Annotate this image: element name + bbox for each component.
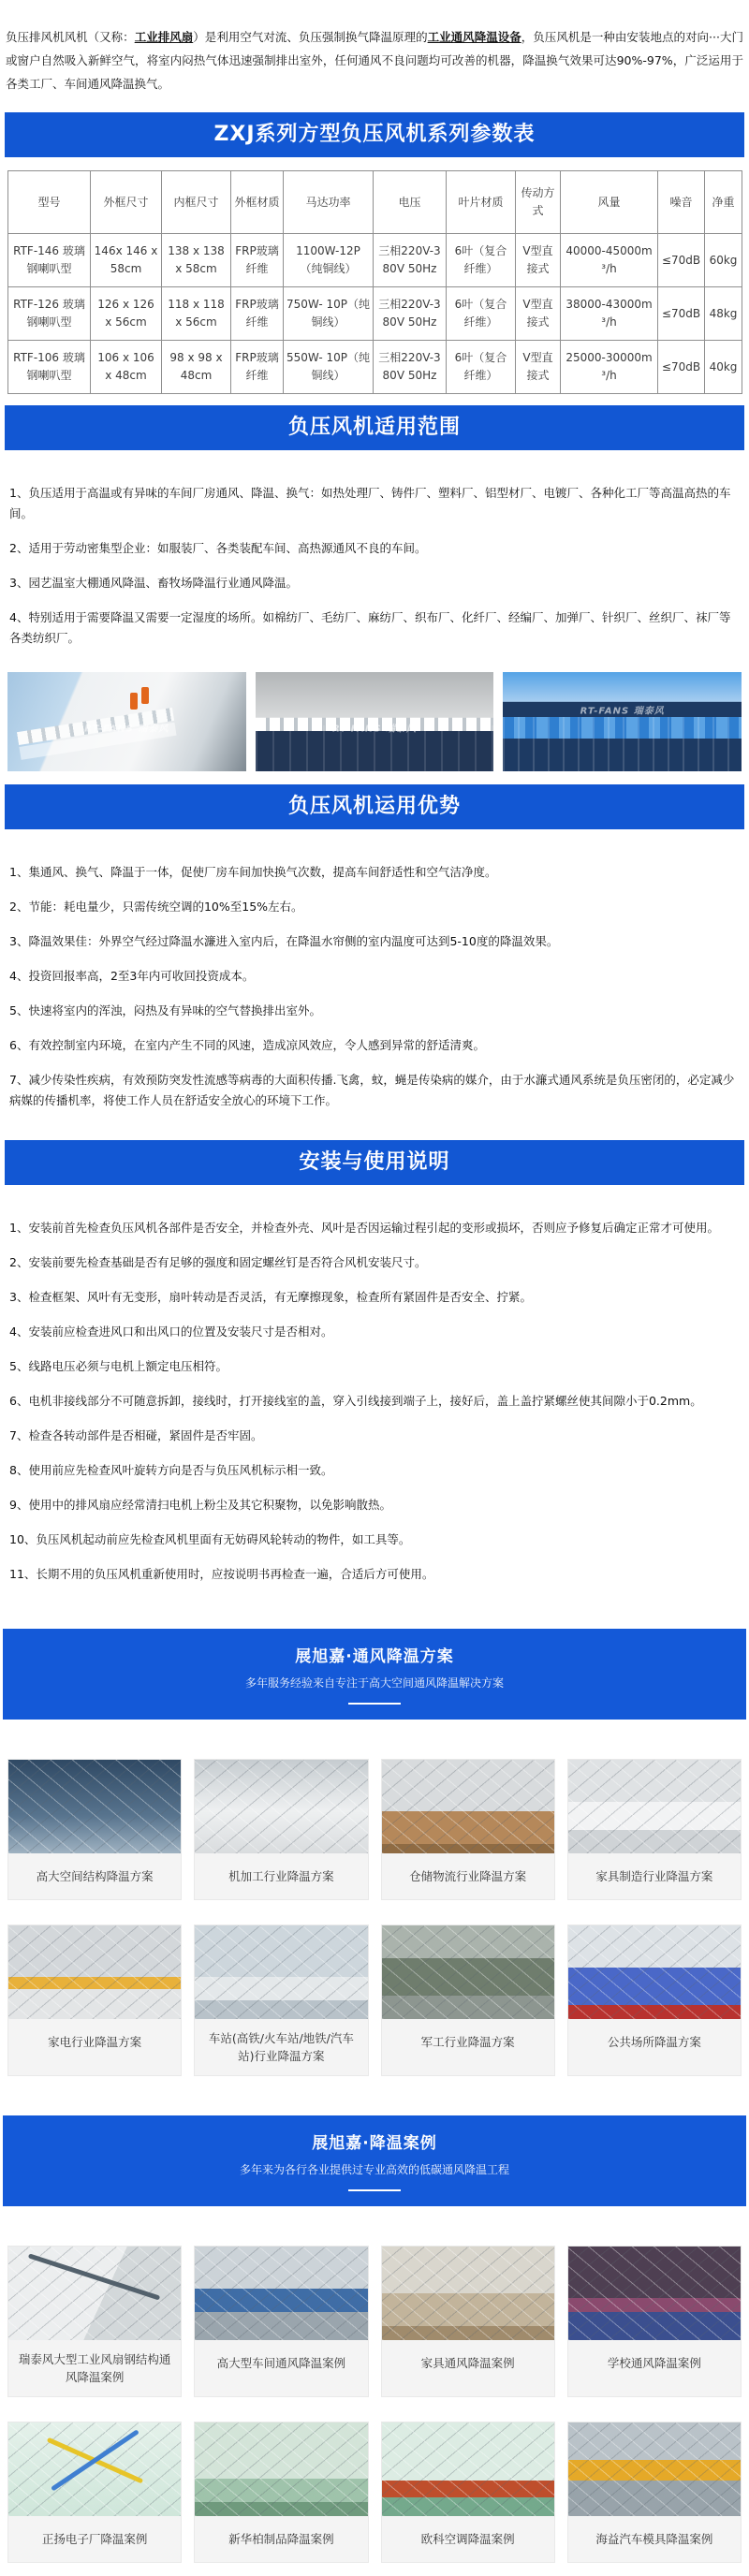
cell: 40kg [705, 341, 742, 394]
advantage-item: 6、有效控制室内环境，在室内产生不同的风速，造成凉风效应，令人感到异常的舒适清爽… [9, 1035, 740, 1056]
solution-photo-large-space [8, 1760, 181, 1853]
cell: 40000-45000m³/h [561, 234, 658, 287]
cell: 106 x 106 x 48cm [91, 341, 162, 394]
solutions-subtitle: 多年服务经验来自专注于高大空间通风降温解决方案 [3, 1675, 746, 1690]
solutions-grid: 高大空间结构降温方案 机加工行业降温方案 仓储物流行业降温方案 家具制造行业降温… [0, 1720, 749, 2089]
solution-caption: 高大空间结构降温方案 [8, 1853, 181, 1899]
col-header: 净重 [705, 171, 742, 234]
case-photo-haiyi-auto-mold [568, 2422, 741, 2516]
col-header: 风量 [561, 171, 658, 234]
divider-line [348, 1703, 401, 1705]
install-item: 5、线路电压必须与电机上额定电压相符。 [9, 1356, 740, 1377]
col-header: 外框材质 [231, 171, 284, 234]
wall-installation-photo: RT-FANS 瑞泰风 [7, 672, 246, 771]
watermark-text: RT-FANS 瑞泰风 [84, 721, 169, 735]
rooftop-cone-fans-photo: RT-FANS 瑞泰风 [256, 672, 494, 771]
cell: V型直接式 [516, 341, 561, 394]
solution-caption: 军工行业降温方案 [382, 2019, 554, 2065]
solution-caption: 仓储物流行业降温方案 [382, 1853, 554, 1899]
solution-card-large-space[interactable]: 高大空间结构降温方案 [7, 1759, 182, 1900]
params-table: 型号 外框尺寸 内框尺寸 外框材质 马达功率 电压 叶片材质 传动方式 风量 噪… [7, 170, 742, 394]
cell: 三相220V-380V 50Hz [374, 341, 447, 394]
col-header: 马达功率 [284, 171, 374, 234]
install-item: 7、检查各转动部件是否相碰，紧固件是否牢固。 [9, 1426, 740, 1446]
case-card-ouke-ac[interactable]: 欧科空调降温案例 [381, 2422, 555, 2563]
install-item: 4、安装前应检查进风口和出风口的位置及安装尺寸是否相对。 [9, 1322, 740, 1342]
install-item: 10、负压风机起动前应先检查风机里面有无妨碍风轮转动的物件，如工具等。 [9, 1529, 740, 1550]
cell: ≤70dB [658, 341, 705, 394]
scope-item: 4、特别适用于需要降温又需要一定湿度的场所。如棉纺厂、毛纺厂、麻纺厂、织布厂、化… [9, 607, 740, 649]
install-item: 6、电机非接线部分不可随意拆卸，接线时，打开接线室的盖，穿入引线接到端子上，接好… [9, 1391, 740, 1412]
scope-title-banner: 负压风机适用范围 [5, 405, 744, 450]
case-card-steel-structure[interactable]: 瑞泰风大型工业风扇钢结构通风降温案例 [7, 2246, 182, 2397]
solution-caption: 家具制造行业降温方案 [568, 1853, 741, 1899]
case-caption: 瑞泰风大型工业风扇钢结构通风降温案例 [8, 2340, 181, 2396]
case-card-furniture[interactable]: 家具通风降温案例 [381, 2246, 555, 2397]
cell: 98 x 98 x 48cm [162, 341, 231, 394]
cell: 1100W-12P（纯铜线） [284, 234, 374, 287]
solution-caption: 车站(高铁/火车站/地铁/汽车站)行业降温方案 [195, 2019, 367, 2075]
cell: 126 x 126 x 56cm [91, 287, 162, 341]
cell: FRP玻璃纤维 [231, 287, 284, 341]
cell: 750W- 10P（纯铜线） [284, 287, 374, 341]
case-card-school[interactable]: 学校通风降温案例 [567, 2246, 742, 2397]
watermark-text: RT-FANS 瑞泰风 [332, 721, 417, 735]
watermark-text: RT-FANS 瑞泰风 [580, 703, 665, 717]
advantages-title-banner: 负压风机运用优势 [5, 784, 744, 829]
case-card-xinhuabai[interactable]: 新华柏制品降温案例 [194, 2422, 368, 2563]
fan-blade [28, 2253, 161, 2300]
table-row: RTF-126 玻璃钢喇叭型 126 x 126 x 56cm 118 x 11… [8, 287, 742, 341]
cell: ≤70dB [658, 287, 705, 341]
install-item: 11、长期不用的负压风机重新使用时，应按说明书再检查一遍，合适后方可使用。 [9, 1564, 740, 1585]
solution-photo-machining [195, 1760, 367, 1853]
params-table-title-banner: ZXJ系列方型负压风机系列参数表 [5, 112, 744, 157]
cases-grid: 瑞泰风大型工业风扇钢结构通风降温案例 高大型车间通风降温案例 家具通风降温案例 … [0, 2206, 749, 2576]
cases-subtitle: 多年来为各行各业提供过专业高效的低碳通风降温工程 [3, 2161, 746, 2177]
scope-list: 1、负压适用于高温或有异味的车间厂房通风、降温、换气：如热处理厂、铸件厂、塑料厂… [0, 461, 749, 666]
case-photo-ouke-ac [382, 2422, 554, 2516]
case-card-haiyi-auto-mold[interactable]: 海益汽车模具降温案例 [567, 2422, 742, 2563]
advantage-item: 1、集通风、换气、降温于一体，促使厂房车间加快换气次数，提高车间舒适性和空气洁净… [9, 862, 740, 883]
cell: 550W- 10P（纯铜线） [284, 341, 374, 394]
intro-text-2: ）是利用空气对流、负压强制换气降温原理的 [193, 30, 427, 44]
solution-card-station[interactable]: 车站(高铁/火车站/地铁/汽车站)行业降温方案 [194, 1925, 368, 2076]
solution-photo-station [195, 1925, 367, 2019]
cell: 48kg [705, 287, 742, 341]
case-caption: 家具通风降温案例 [382, 2340, 554, 2386]
solution-caption: 机加工行业降温方案 [195, 1853, 367, 1899]
solutions-title: 展旭嘉·通风降温方案 [3, 1643, 746, 1666]
case-caption: 海益汽车模具降温案例 [568, 2516, 741, 2562]
install-item: 9、使用中的排风扇应经常清扫电机上粉尘及其它积聚物，以免影响散热。 [9, 1495, 740, 1515]
col-header: 噪音 [658, 171, 705, 234]
cell: 三相220V-380V 50Hz [374, 287, 447, 341]
cell: 118 x 118 x 56cm [162, 287, 231, 341]
cell: 6叶（复合纤维） [447, 234, 516, 287]
intro-text-1: 负压排风机风机（又称： [6, 30, 135, 44]
cases-section-header: 展旭嘉·降温案例 多年来为各行各业提供过专业高效的低碳通风降温工程 [3, 2115, 746, 2206]
scope-item: 3、园艺温室大棚通风降温、畜牧场降温行业通风降温。 [9, 573, 740, 593]
case-card-electronics[interactable]: 正扬电子厂降温案例 [7, 2422, 182, 2563]
cell: 60kg [705, 234, 742, 287]
col-header: 型号 [8, 171, 91, 234]
table-row: RTF-146 玻璃钢喇叭型 146x 146 x 58cm 138 x 138… [8, 234, 742, 287]
solution-photo-military [382, 1925, 554, 2019]
scope-item: 1、负压适用于高温或有异味的车间厂房通风、降温、换气：如热处理厂、铸件厂、塑料厂… [9, 483, 740, 524]
advantage-item: 5、快速将室内的浑浊，闷热及有异味的空气替换排出室外。 [9, 1001, 740, 1021]
case-photo-electronics [8, 2422, 181, 2516]
cell: 三相220V-380V 50Hz [374, 234, 447, 287]
case-caption: 正扬电子厂降温案例 [8, 2516, 181, 2562]
solution-card-warehouse[interactable]: 仓储物流行业降温方案 [381, 1759, 555, 1900]
cell: RTF-126 玻璃钢喇叭型 [8, 287, 91, 341]
table-row: RTF-106 玻璃钢喇叭型 106 x 106 x 48cm 98 x 98 … [8, 341, 742, 394]
cell: 138 x 138x 58cm [162, 234, 231, 287]
case-caption: 学校通风降温案例 [568, 2340, 741, 2386]
advantage-item: 7、减少传染性疾病，有效预防突发性流感等病毒的大面积传播.飞禽，蚊，蝇是传染病的… [9, 1070, 740, 1111]
col-header: 外框尺寸 [91, 171, 162, 234]
advantage-item: 4、投资回报率高，2至3年内可收回投资成本。 [9, 966, 740, 987]
table-header-row: 型号 外框尺寸 内框尺寸 外框材质 马达功率 电压 叶片材质 传动方式 风量 噪… [8, 171, 742, 234]
solution-card-furniture[interactable]: 家具制造行业降温方案 [567, 1759, 742, 1900]
solution-photo-furniture [568, 1760, 741, 1853]
solution-photo-appliance [8, 1925, 181, 2019]
install-item: 1、安装前首先检查负压风机各部件是否安全，并检查外壳、风叶是否因运输过程引起的变… [9, 1218, 740, 1238]
cell: FRP玻璃纤维 [231, 341, 284, 394]
solution-card-appliance[interactable]: 家电行业降温方案 [7, 1925, 182, 2076]
install-item: 2、安装前要先检查基础是否有足够的强度和固定螺丝钉是否符合风机安装尺寸。 [9, 1252, 740, 1273]
case-photo-furniture [382, 2247, 554, 2340]
cell: 6叶（复合纤维） [447, 341, 516, 394]
case-caption: 新华柏制品降温案例 [195, 2516, 367, 2562]
solution-card-military[interactable]: 军工行业降温方案 [381, 1925, 555, 2076]
cell: V型直接式 [516, 287, 561, 341]
solution-photo-public-venue [568, 1925, 741, 2019]
scope-item: 2、适用于劳动密集型企业：如服装厂、各类装配车间、高热源通风不良的车间。 [9, 538, 740, 559]
cases-title: 展旭嘉·降温案例 [3, 2130, 746, 2153]
cell: RTF-106 玻璃钢喇叭型 [8, 341, 91, 394]
install-item: 8、使用前应先检查风叶旋转方向是否与负压风机标示相一致。 [9, 1460, 740, 1481]
cell: 25000-30000m³/h [561, 341, 658, 394]
link-industrial-ventilation-equipment[interactable]: 工业通风降温设备 [428, 30, 521, 44]
rooftop-solar-fans-photo: RT-FANS 瑞泰风 [503, 672, 742, 771]
install-list: 1、安装前首先检查负压风机各部件是否安全，并检查外壳、风叶是否因运输过程引起的变… [0, 1196, 749, 1603]
install-item: 3、检查框架、风叶有无变形，扇叶转动是否灵活，有无摩擦现象，检查所有紧固件是否安… [9, 1287, 740, 1308]
solution-card-machining[interactable]: 机加工行业降温方案 [194, 1759, 368, 1900]
cell: FRP玻璃纤维 [231, 234, 284, 287]
case-caption: 欧科空调降温案例 [382, 2516, 554, 2562]
col-header: 内框尺寸 [162, 171, 231, 234]
case-photo-school [568, 2247, 741, 2340]
cell: 6叶（复合纤维） [447, 287, 516, 341]
product-page: 负压排风机风机（又称：工业排风扇）是利用空气对流、负压强制换气降温原理的工业通风… [0, 0, 749, 2576]
solution-caption: 家电行业降温方案 [8, 2019, 181, 2065]
advantages-list: 1、集通风、换气、降温于一体，促使厂房车间加快换气次数，提高车间舒适性和空气洁净… [0, 841, 749, 1129]
case-photo-xinhuabai [195, 2422, 367, 2516]
application-photos-row: RT-FANS 瑞泰风 RT-FANS 瑞泰风 RT-FANS 瑞泰风 [0, 666, 749, 773]
fan-blade [51, 2430, 139, 2492]
intro-paragraph: 负压排风机风机（又称：工业排风扇）是利用空气对流、负压强制换气降温原理的工业通风… [0, 12, 749, 101]
divider-line [348, 2189, 401, 2191]
solution-card-public-venue[interactable]: 公共场所降温方案 [567, 1925, 742, 2076]
cell: 146x 146 x 58cm [91, 234, 162, 287]
cell: 38000-43000m³/h [561, 287, 658, 341]
advantage-item: 2、节能：耗电量少，只需传统空调的10%至15%左右。 [9, 897, 740, 917]
cell: RTF-146 玻璃钢喇叭型 [8, 234, 91, 287]
col-header: 叶片材质 [447, 171, 516, 234]
install-title-banner: 安装与使用说明 [5, 1140, 744, 1185]
cell: V型直接式 [516, 234, 561, 287]
case-caption: 高大型车间通风降温案例 [195, 2340, 367, 2386]
params-table-wrap: 型号 外框尺寸 内框尺寸 外框材质 马达功率 电压 叶片材质 传动方式 风量 噪… [7, 170, 742, 394]
col-header: 传动方式 [516, 171, 561, 234]
link-industrial-exhaust-fan[interactable]: 工业排风扇 [135, 30, 194, 44]
solutions-section-header: 展旭嘉·通风降温方案 多年服务经验来自专注于高大空间通风降温解决方案 [3, 1629, 746, 1720]
advantage-item: 3、降温效果佳：外界空气经过降温水濂进入室内后，在降温水帘侧的室内温度可达到5-… [9, 931, 740, 952]
case-photo-large-workshop [195, 2247, 367, 2340]
solution-caption: 公共场所降温方案 [568, 2019, 741, 2065]
col-header: 电压 [374, 171, 447, 234]
cell: ≤70dB [658, 234, 705, 287]
solution-photo-warehouse [382, 1760, 554, 1853]
case-photo-steel-structure [8, 2247, 181, 2340]
case-card-large-workshop[interactable]: 高大型车间通风降温案例 [194, 2246, 368, 2397]
